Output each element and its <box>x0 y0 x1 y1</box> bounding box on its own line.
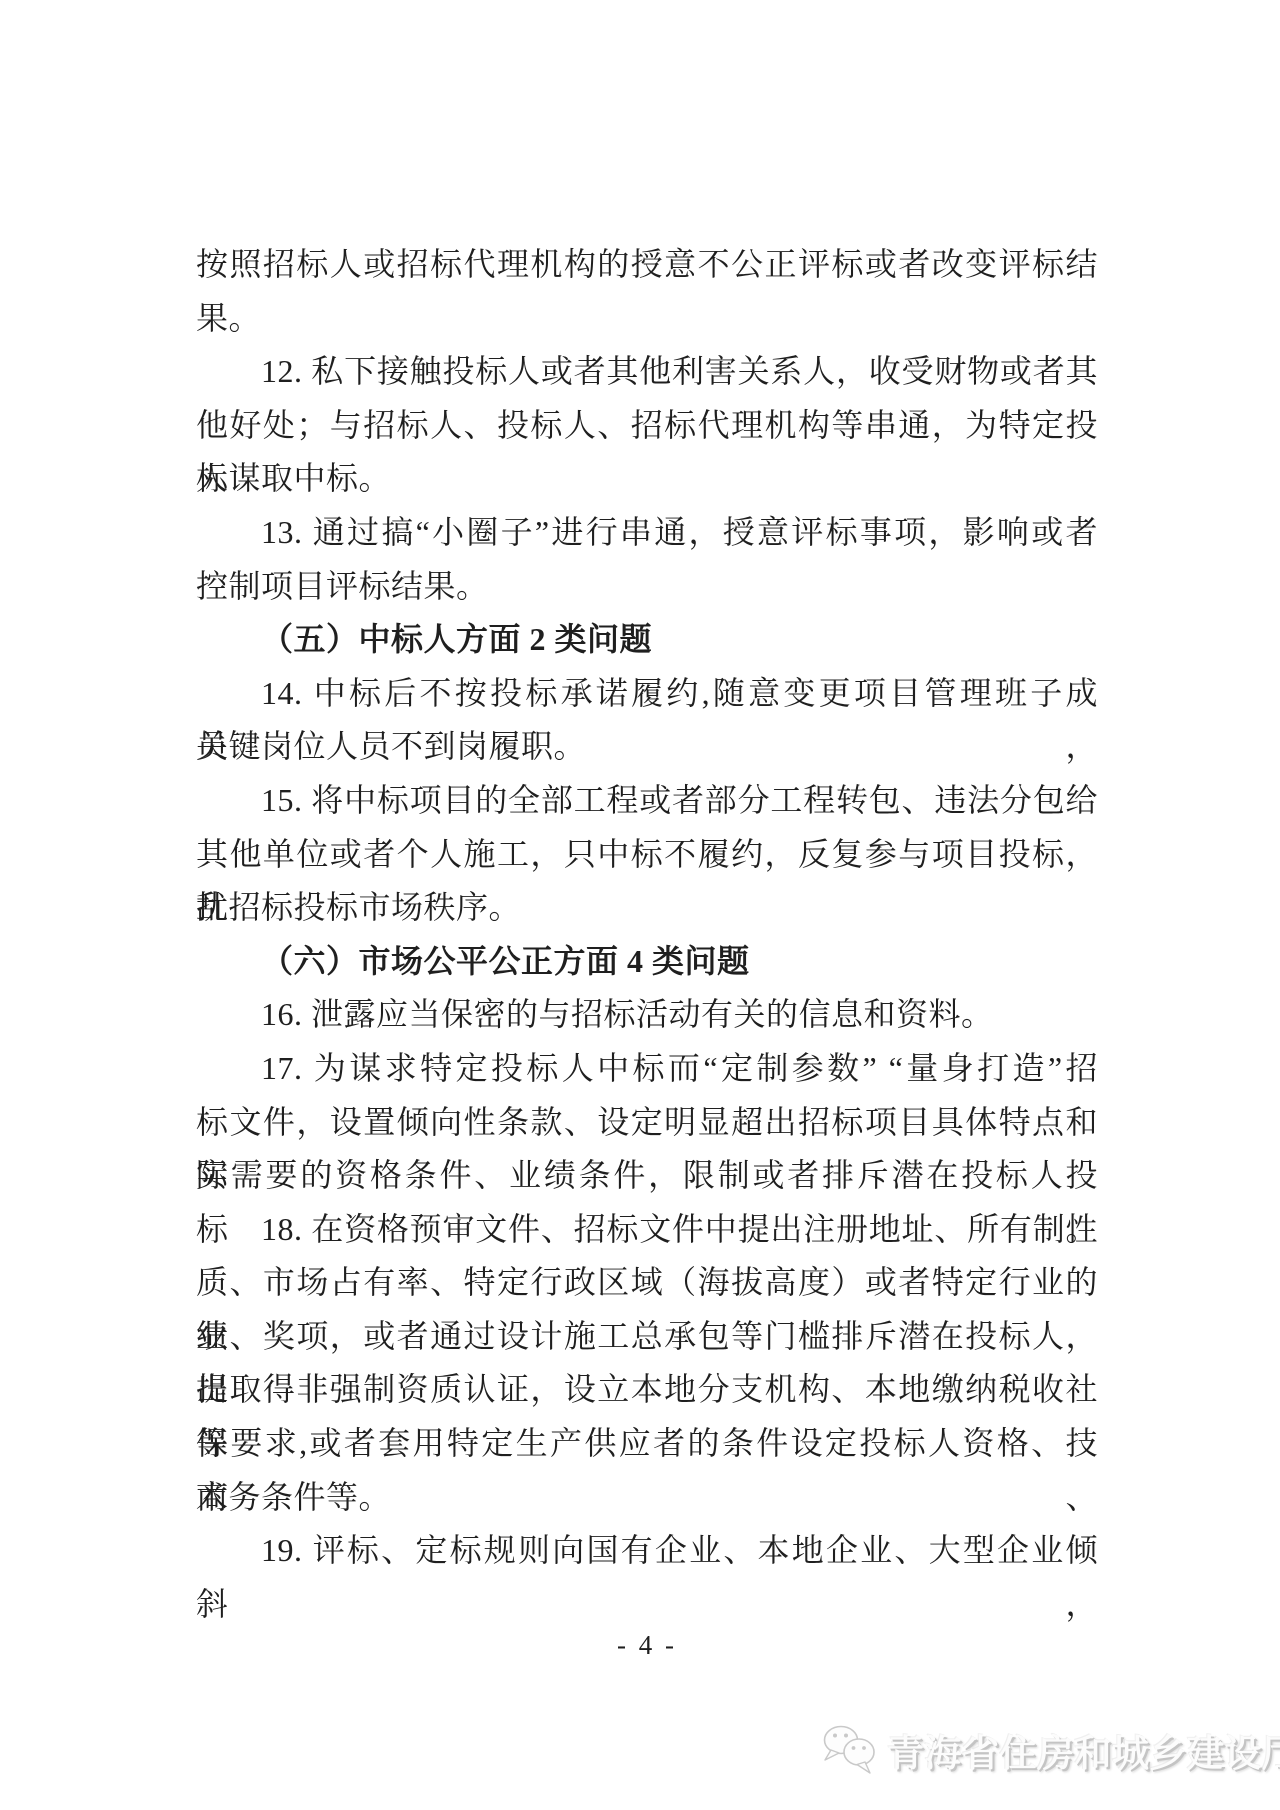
watermark-text: 青海省住房和城乡建设厅 <box>887 1723 1280 1777</box>
document-line: （六）市场公平公正方面 4 类问题 <box>196 935 1098 989</box>
document-line: 16. 泄露应当保密的与招标活动有关的信息和资料。 <box>196 988 1098 1042</box>
document-line: 15. 将中标项目的全部工程或者部分工程转包、违法分包给 <box>196 774 1098 828</box>
footer-watermark: 青海省住房和城乡建设厅 <box>820 1722 1280 1778</box>
document-line: 19. 评标、定标规则向国有企业、本地企业、大型企业倾斜， <box>196 1524 1098 1578</box>
document-line: 17. 为谋求特定投标人中标而“定制参数” “量身打造”招 <box>196 1042 1098 1096</box>
document-line: 14. 中标后不按投标承诺履约,随意变更项目管理班子成员， <box>196 667 1098 721</box>
document-line: 12. 私下接触投标人或者其他利害关系人，收受财物或者其 <box>196 345 1098 399</box>
page-number: - 4 - <box>196 1630 1098 1661</box>
wechat-icon <box>820 1722 882 1778</box>
document-page: 按照招标人或招标代理机构的授意不公正评标或者改变评标结果。12. 私下接触投标人… <box>0 0 1280 1810</box>
document-line: 标文件，设置倾向性条款、设定明显超出招标项目具体特点和实 <box>196 1096 1098 1150</box>
document-line: 质、市场占有率、特定行政区域（海拔高度）或者特定行业的业 <box>196 1256 1098 1310</box>
document-line: 乱招标投标市场秩序。 <box>196 881 1098 935</box>
document-line: 18. 在资格预审文件、招标文件中提出注册地址、所有制性 <box>196 1203 1098 1257</box>
document-line: 际需要的资格条件、业绩条件，限制或者排斥潜在投标人投标。 <box>196 1149 1098 1203</box>
document-line: 出取得非强制资质认证，设立本地分支机构、本地缴纳税收社保 <box>196 1363 1098 1417</box>
document-line: 果。 <box>196 292 1098 346</box>
document-line: 其他单位或者个人施工，只中标不履约，反复参与项目投标，扰 <box>196 828 1098 882</box>
document-line: 等要求,或者套用特定生产供应者的条件设定投标人资格、技术、 <box>196 1417 1098 1471</box>
document-line: 按照招标人或招标代理机构的授意不公正评标或者改变评标结 <box>196 238 1098 292</box>
document-body: 按照招标人或招标代理机构的授意不公正评标或者改变评标结果。12. 私下接触投标人… <box>196 238 1098 1578</box>
document-line: 控制项目评标结果。 <box>196 560 1098 614</box>
document-line: 13. 通过搞“小圈子”进行串通，授意评标事项，影响或者 <box>196 506 1098 560</box>
document-line: 他好处；与招标人、投标人、招标代理机构等串通，为特定投标 <box>196 399 1098 453</box>
document-line: 人谋取中标。 <box>196 452 1098 506</box>
document-line: （五）中标人方面 2 类问题 <box>196 613 1098 667</box>
document-line: 绩、奖项，或者通过设计施工总承包等门槛排斥潜在投标人，提 <box>196 1310 1098 1364</box>
